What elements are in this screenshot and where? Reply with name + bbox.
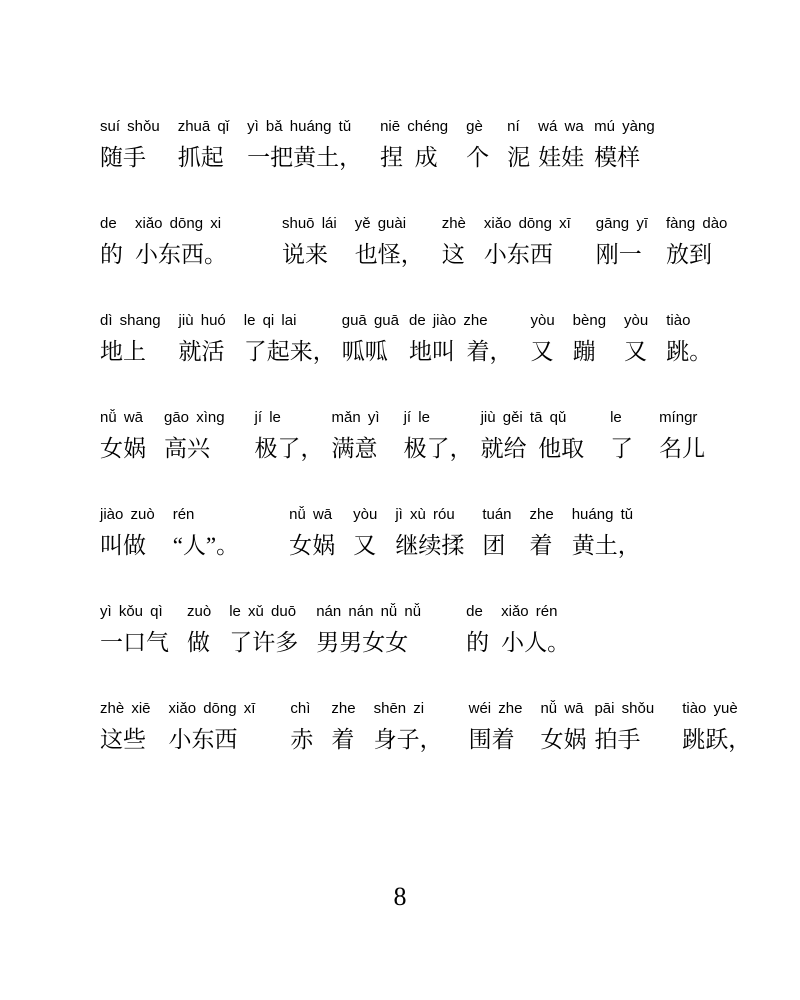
- word-group: gè个: [466, 118, 489, 171]
- hanzi-text: 这些: [100, 727, 151, 753]
- pinyin-text: le xǔ duō: [229, 603, 298, 621]
- hanzi-text: 地上: [100, 339, 161, 365]
- pinyin-text: wéi zhe: [469, 700, 523, 718]
- hanzi-text: 又: [353, 533, 377, 559]
- pinyin-text: zhe: [331, 700, 355, 718]
- pinyin-text: gè: [466, 118, 489, 136]
- word-group: xiǎo dōng xī小东西: [484, 215, 571, 268]
- hanzi-text: 说来: [282, 242, 337, 268]
- word-group: nǚ wā女娲: [289, 506, 335, 559]
- pinyin-text: tiào: [666, 312, 712, 330]
- pinyin-text: xiǎo dōng xī: [484, 215, 571, 233]
- hanzi-text: 了起来，: [244, 339, 336, 365]
- word-group: yòu又: [624, 312, 648, 365]
- pinyin-text: xiǎo dōng xī: [169, 700, 256, 718]
- word-group: guā guā呱呱: [342, 312, 399, 365]
- pinyin-text: zhuā qǐ: [178, 118, 229, 136]
- word-group: fàng dào放到: [666, 215, 727, 268]
- word-group: gāo xìng高兴: [164, 409, 225, 462]
- ruby-line: dì shang地上jiù huó就活le qi lai了起来，guā guā呱…: [100, 312, 770, 365]
- hanzi-text: 小东西。: [135, 242, 227, 268]
- word-group: xiǎo dōng xī小东西: [169, 700, 256, 753]
- ruby-line: yì kǒu qì一口气zuò做le xǔ duō了许多nán nán nǚ n…: [100, 603, 770, 656]
- hanzi-text: 了许多: [229, 630, 298, 656]
- hanzi-text: 团: [482, 533, 511, 559]
- hanzi-text: 身子，: [374, 727, 443, 753]
- hanzi-text: 满意: [332, 436, 380, 462]
- hanzi-text: 泥: [507, 145, 530, 171]
- word-group: jiào zuò叫做: [100, 506, 155, 559]
- word-group: xiǎo rén小人。: [501, 603, 570, 656]
- pinyin-text: yòu: [353, 506, 377, 524]
- hanzi-text: 一把黄土，: [247, 145, 362, 171]
- word-group: tuán团: [482, 506, 511, 559]
- hanzi-text: 极了，: [404, 436, 473, 462]
- ruby-line: nǚ wā女娲gāo xìng高兴jí le极了，mǎn yì满意jí le极了…: [100, 409, 770, 462]
- pinyin-text: gāng yī: [596, 215, 648, 233]
- word-group: jí le极了，: [404, 409, 473, 462]
- hanzi-text: 小人。: [501, 630, 570, 656]
- word-group: de的: [466, 603, 489, 656]
- hanzi-text: 着: [331, 727, 355, 753]
- hanzi-text: 男男女女: [316, 630, 421, 656]
- hanzi-text: “人”。: [173, 533, 239, 559]
- word-group: de的: [100, 215, 123, 268]
- word-group: wá wa娃娃: [538, 118, 584, 171]
- pinyin-text: le: [610, 409, 633, 427]
- hanzi-text: 也怪，: [355, 242, 424, 268]
- hanzi-text: 叫做: [100, 533, 155, 559]
- pinyin-text: jì xù róu: [395, 506, 464, 524]
- pinyin-text: jiào zuò: [100, 506, 155, 524]
- pinyin-text: wá wa: [538, 118, 584, 136]
- word-group: shēn zi身子，: [374, 700, 443, 753]
- word-group: de jiào zhe地叫 着，: [409, 312, 513, 365]
- pinyin-text: jí le: [404, 409, 473, 427]
- hanzi-text: 抓起: [178, 145, 229, 171]
- word-group: chì赤: [290, 700, 313, 753]
- word-group: le qi lai了起来，: [244, 312, 336, 365]
- hanzi-text: 极了，: [255, 436, 324, 462]
- pinyin-text: huáng tǔ: [572, 506, 641, 524]
- pinyin-text: de: [100, 215, 123, 233]
- word-group: xiǎo dōng xi小东西。: [135, 215, 227, 268]
- word-group: suí shǒu随手: [100, 118, 160, 171]
- pinyin-text: nán nán nǚ nǚ: [316, 603, 421, 621]
- pinyin-text: shēn zi: [374, 700, 443, 718]
- word-group: tiào跳。: [666, 312, 712, 365]
- hanzi-text: 就活: [179, 339, 226, 365]
- hanzi-text: 又: [530, 339, 554, 365]
- word-group: jiù huó就活: [179, 312, 226, 365]
- pinyin-text: guā guā: [342, 312, 399, 330]
- pinyin-text: xiǎo rén: [501, 603, 570, 621]
- hanzi-text: 继续揉: [395, 533, 464, 559]
- pinyin-text: nǚ wā: [100, 409, 146, 427]
- ruby-line: de的xiǎo dōng xi小东西。shuō lái说来yě guài也怪，z…: [100, 215, 770, 268]
- hanzi-text: 的: [100, 242, 123, 268]
- hanzi-text: 模样: [594, 145, 655, 171]
- word-group: pāi shǒu拍手: [594, 700, 654, 753]
- hanzi-text: 呱呱: [342, 339, 399, 365]
- hanzi-text: 小东西: [169, 727, 256, 753]
- word-group: yòu又: [353, 506, 377, 559]
- pinyin-text: tuán: [482, 506, 511, 524]
- hanzi-text: 这: [442, 242, 466, 268]
- hanzi-text: 就给 他取: [481, 436, 585, 462]
- word-group: le xǔ duō了许多: [229, 603, 298, 656]
- pinyin-text: yì bǎ huáng tǔ: [247, 118, 362, 136]
- pinyin-text: yě guài: [355, 215, 424, 233]
- pinyin-text: zuò: [187, 603, 211, 621]
- hanzi-text: 的: [466, 630, 489, 656]
- word-group: yì bǎ huáng tǔ一把黄土，: [247, 118, 362, 171]
- pinyin-text: zhè xiē: [100, 700, 151, 718]
- hanzi-text: 了: [610, 436, 633, 462]
- pinyin-text: niē chéng: [380, 118, 448, 136]
- hanzi-text: 拍手: [594, 727, 654, 753]
- hanzi-text: 着: [530, 533, 554, 559]
- pinyin-text: tiào yuè: [682, 700, 751, 718]
- pinyin-text: fàng dào: [666, 215, 727, 233]
- pinyin-text: yì kǒu qì: [100, 603, 169, 621]
- book-page: suí shǒu随手zhuā qǐ抓起yì bǎ huáng tǔ一把黄土，ni…: [0, 0, 800, 1000]
- word-group: bèng蹦: [573, 312, 606, 365]
- pinyin-text: de: [466, 603, 489, 621]
- hanzi-text: 捏 成: [380, 145, 448, 171]
- hanzi-text: 蹦: [573, 339, 606, 365]
- word-group: le了: [610, 409, 633, 462]
- word-group: yòu又: [530, 312, 554, 365]
- pinyin-text: chì: [290, 700, 313, 718]
- word-group: zhè这: [442, 215, 466, 268]
- word-group: tiào yuè跳跃，: [682, 700, 751, 753]
- hanzi-text: 女娲: [289, 533, 335, 559]
- ruby-line: jiào zuò叫做rén“人”。nǚ wā女娲yòu又jì xù róu继续揉…: [100, 506, 770, 559]
- hanzi-text: 个: [466, 145, 489, 171]
- word-group: yì kǒu qì一口气: [100, 603, 169, 656]
- ruby-line: suí shǒu随手zhuā qǐ抓起yì bǎ huáng tǔ一把黄土，ni…: [100, 118, 770, 171]
- pinyin-text: jiù gěi tā qǔ: [481, 409, 585, 427]
- hanzi-text: 娃娃: [538, 145, 584, 171]
- word-group: ní泥: [507, 118, 530, 171]
- text-block: suí shǒu随手zhuā qǐ抓起yì bǎ huáng tǔ一把黄土，ni…: [0, 0, 800, 753]
- pinyin-text: yòu: [530, 312, 554, 330]
- word-group: gāng yī刚一: [596, 215, 648, 268]
- hanzi-text: 随手: [100, 145, 160, 171]
- pinyin-text: mú yàng: [594, 118, 655, 136]
- word-group: jí le极了，: [255, 409, 324, 462]
- word-group: nǚ wā女娲: [540, 700, 586, 753]
- word-group: jì xù róu继续揉: [395, 506, 464, 559]
- word-group: yě guài也怪，: [355, 215, 424, 268]
- word-group: zhuā qǐ抓起: [178, 118, 229, 171]
- pinyin-text: ní: [507, 118, 530, 136]
- pinyin-text: nǚ wā: [289, 506, 335, 524]
- pinyin-text: jiù huó: [179, 312, 226, 330]
- hanzi-text: 高兴: [164, 436, 225, 462]
- pinyin-text: pāi shǒu: [594, 700, 654, 718]
- word-group: zhe着: [331, 700, 355, 753]
- word-group: dì shang地上: [100, 312, 161, 365]
- hanzi-text: 女娲: [100, 436, 146, 462]
- word-group: huáng tǔ黄土，: [572, 506, 641, 559]
- word-group: wéi zhe围着: [469, 700, 523, 753]
- hanzi-text: 放到: [666, 242, 727, 268]
- hanzi-text: 名儿: [659, 436, 705, 462]
- pinyin-text: nǚ wā: [540, 700, 586, 718]
- hanzi-text: 刚一: [596, 242, 648, 268]
- hanzi-text: 赤: [290, 727, 313, 753]
- word-group: nán nán nǚ nǚ男男女女: [316, 603, 421, 656]
- hanzi-text: 女娲: [540, 727, 586, 753]
- pinyin-text: zhe: [530, 506, 554, 524]
- word-group: mú yàng模样: [594, 118, 655, 171]
- pinyin-text: suí shǒu: [100, 118, 160, 136]
- pinyin-text: yòu: [624, 312, 648, 330]
- hanzi-text: 一口气: [100, 630, 169, 656]
- pinyin-text: zhè: [442, 215, 466, 233]
- hanzi-text: 做: [187, 630, 211, 656]
- word-group: míngr名儿: [659, 409, 705, 462]
- word-group: jiù gěi tā qǔ就给 他取: [481, 409, 585, 462]
- hanzi-text: 地叫 着，: [409, 339, 513, 365]
- word-group: nǚ wā女娲: [100, 409, 146, 462]
- pinyin-text: le qi lai: [244, 312, 336, 330]
- word-group: mǎn yì满意: [332, 409, 380, 462]
- pinyin-text: gāo xìng: [164, 409, 225, 427]
- pinyin-text: jí le: [255, 409, 324, 427]
- pinyin-text: dì shang: [100, 312, 161, 330]
- word-group: rén“人”。: [173, 506, 239, 559]
- pinyin-text: míngr: [659, 409, 705, 427]
- word-group: zuò做: [187, 603, 211, 656]
- hanzi-text: 围着: [469, 727, 523, 753]
- pinyin-text: mǎn yì: [332, 409, 380, 427]
- word-group: shuō lái说来: [282, 215, 337, 268]
- pinyin-text: shuō lái: [282, 215, 337, 233]
- hanzi-text: 小东西: [484, 242, 571, 268]
- hanzi-text: 跳跃，: [682, 727, 751, 753]
- page-number: 8: [0, 882, 800, 912]
- pinyin-text: xiǎo dōng xi: [135, 215, 227, 233]
- pinyin-text: de jiào zhe: [409, 312, 513, 330]
- word-group: zhè xiē这些: [100, 700, 151, 753]
- hanzi-text: 黄土，: [572, 533, 641, 559]
- pinyin-text: bèng: [573, 312, 606, 330]
- word-group: niē chéng捏 成: [380, 118, 448, 171]
- hanzi-text: 跳。: [666, 339, 712, 365]
- hanzi-text: 又: [624, 339, 648, 365]
- pinyin-text: rén: [173, 506, 239, 524]
- word-group: zhe着: [530, 506, 554, 559]
- ruby-line: zhè xiē这些xiǎo dōng xī小东西chì赤zhe着shēn zi身…: [100, 700, 770, 753]
